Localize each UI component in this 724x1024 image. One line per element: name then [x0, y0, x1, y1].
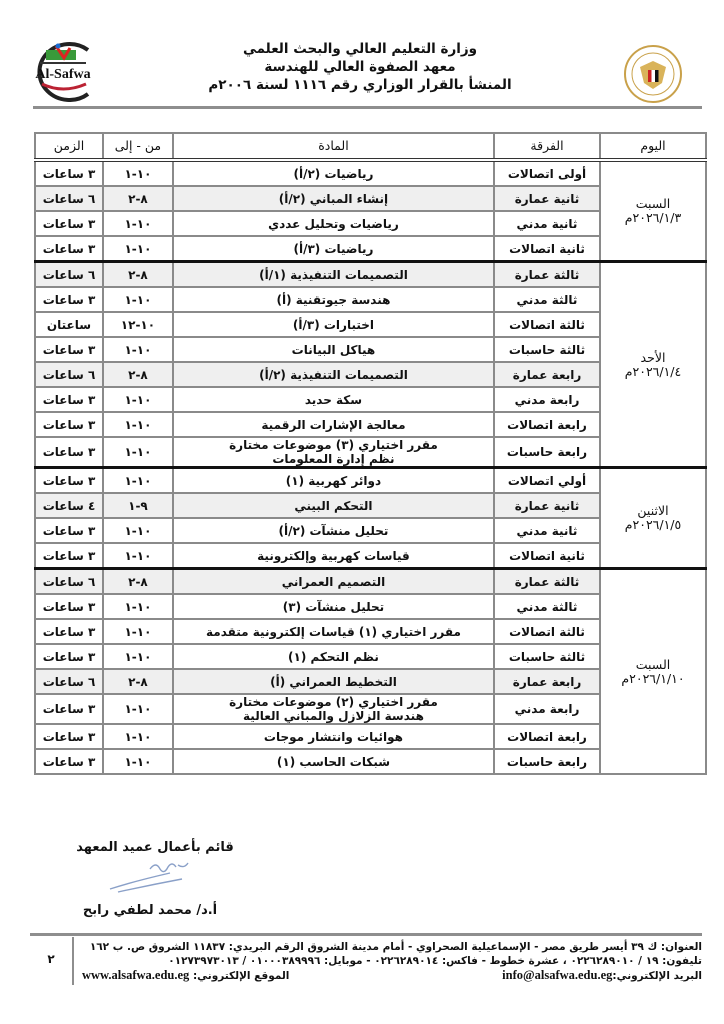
- ministry-name: وزارة التعليم العالي والبحث العلمي: [150, 40, 570, 58]
- subject-cell: رياضيات (٣/أ): [173, 236, 494, 262]
- subject-line: رياضيات (٣/أ): [178, 242, 489, 256]
- time-range-cell: ١٠-١: [103, 437, 173, 468]
- class-cell: رابعة حاسبات: [494, 437, 600, 468]
- signature-block: قائم بأعمال عميد المعهد أ.د/ محمد لطفي ر…: [60, 840, 240, 918]
- handwritten-signature: [60, 859, 240, 897]
- class-cell: ثانية مدني: [494, 518, 600, 543]
- duration-cell: ٦ ساعات: [35, 569, 103, 595]
- time-range-cell: ١٠-١: [103, 543, 173, 569]
- subject-line: تحليل منشآت (٣): [178, 600, 489, 614]
- ministry-eagle-logo: [622, 43, 684, 105]
- duration-cell: ٦ ساعات: [35, 362, 103, 387]
- time-range-cell: ١٠-١: [103, 594, 173, 619]
- subject-line: شبكات الحاسب (١): [178, 755, 489, 769]
- subject-cell: معالجة الإشارات الرقمية: [173, 412, 494, 437]
- class-cell: رابعة اتصالات: [494, 724, 600, 749]
- subject-cell: هوائيات وانتشار موجات: [173, 724, 494, 749]
- subject-cell: شبكات الحاسب (١): [173, 749, 494, 774]
- duration-cell: ٦ ساعات: [35, 669, 103, 694]
- footer-phones: تليفون: ١٩ / ٠٢٢٦٢٨٩٠١٠ ، عشرة خطوط - فا…: [82, 954, 702, 968]
- duration-cell: ٣ ساعات: [35, 468, 103, 494]
- footer-contact: العنوان: ك ٣٩ أيسر طريق مصر - الإسماعيلي…: [82, 940, 702, 983]
- day-name: السبت: [605, 197, 701, 211]
- institute-name: معهد الصفوة العالي للهندسة: [150, 58, 570, 76]
- signatory-name: أ.د/ محمد لطفي رابح: [60, 903, 240, 918]
- subject-cell: التصميم العمراني: [173, 569, 494, 595]
- time-range-cell: ٨-٢: [103, 186, 173, 211]
- time-range-cell: ٨-٢: [103, 669, 173, 694]
- exam-schedule-table: اليوم الفرقة المادة من - إلى الزمن السبت…: [34, 132, 707, 775]
- class-cell: رابعة اتصالات: [494, 412, 600, 437]
- subject-cell: مقرر اختياري (٢) موضوعات مختارةهندسة الز…: [173, 694, 494, 724]
- subject-cell: التخطيط العمراني (أ): [173, 669, 494, 694]
- subject-line: التخطيط العمراني (أ): [178, 675, 489, 689]
- class-cell: رابعة عمارة: [494, 362, 600, 387]
- duration-cell: ٣ ساعات: [35, 594, 103, 619]
- email-label: البريد الإلكتروني:: [612, 970, 702, 982]
- subject-line: اختبارات (٣/أ): [178, 318, 489, 332]
- letterhead-titles: وزارة التعليم العالي والبحث العلمي معهد …: [150, 40, 570, 94]
- duration-cell: ٣ ساعات: [35, 211, 103, 236]
- subject-line: التصميم العمراني: [178, 575, 489, 589]
- subject-cell: نظم التحكم (١): [173, 644, 494, 669]
- class-cell: ثالثة عمارة: [494, 569, 600, 595]
- subject-line: مقرر اختياري (١) قياسات إلكترونية متقدمة: [178, 625, 489, 639]
- day-cell: الاثنين٢٠٢٦/١/٥م: [600, 468, 706, 569]
- class-cell: ثانية عمارة: [494, 493, 600, 518]
- duration-cell: ٣ ساعات: [35, 518, 103, 543]
- class-cell: رابعة مدني: [494, 694, 600, 724]
- duration-cell: ٣ ساعات: [35, 694, 103, 724]
- class-cell: ثالثة اتصالات: [494, 312, 600, 337]
- class-cell: ثانية اتصالات: [494, 236, 600, 262]
- subject-line: تحليل منشآت (٢/أ): [178, 524, 489, 538]
- subject-line: سكة حديد: [178, 393, 489, 407]
- duration-cell: ٦ ساعات: [35, 186, 103, 211]
- day-date: ٢٠٢٦/١/٥م: [605, 518, 701, 532]
- subject-cell: اختبارات (٣/أ): [173, 312, 494, 337]
- table-header-row: اليوم الفرقة المادة من - إلى الزمن: [35, 133, 706, 160]
- subject-cell: التصميمات التنفيذية (٢/أ): [173, 362, 494, 387]
- time-range-cell: ٨-٢: [103, 362, 173, 387]
- subject-line: التصميمات التنفيذية (١/أ): [178, 268, 489, 282]
- subject-cell: رياضيات وتحليل عددي: [173, 211, 494, 236]
- class-cell: رابعة مدني: [494, 387, 600, 412]
- footer-website-group: الموقع الإلكتروني: www.alsafwa.edu.eg: [82, 968, 289, 983]
- class-cell: ثالثة مدني: [494, 287, 600, 312]
- class-cell: ثالثة اتصالات: [494, 619, 600, 644]
- subject-cell: مقرر اختياري (٣) موضوعات مختارةنظم إدارة…: [173, 437, 494, 468]
- subject-line: نظم التحكم (١): [178, 650, 489, 664]
- subject-cell: التصميمات التنفيذية (١/أ): [173, 262, 494, 288]
- column-header-duration: الزمن: [35, 133, 103, 160]
- time-range-cell: ١٠-١: [103, 387, 173, 412]
- table-row: السبت٢٠٢٦/١/١٠مثالثة عمارةالتصميم العمرا…: [35, 569, 706, 595]
- duration-cell: ٣ ساعات: [35, 287, 103, 312]
- time-range-cell: ١٠-١: [103, 619, 173, 644]
- footer-vertical-divider: [72, 937, 74, 985]
- subject-line: معالجة الإشارات الرقمية: [178, 418, 489, 432]
- duration-cell: ٣ ساعات: [35, 387, 103, 412]
- subject-line: إنشاء المباني (٢/أ): [178, 192, 489, 206]
- time-range-cell: ٨-٢: [103, 262, 173, 288]
- time-range-cell: ١٠-١: [103, 337, 173, 362]
- time-range-cell: ١٠-١: [103, 749, 173, 774]
- duration-cell: ٣ ساعات: [35, 337, 103, 362]
- column-header-subject: المادة: [173, 133, 494, 160]
- class-cell: ثالثة حاسبات: [494, 644, 600, 669]
- time-range-cell: ٩-١: [103, 493, 173, 518]
- class-cell: رابعة حاسبات: [494, 749, 600, 774]
- footer-email-group: البريد الإلكتروني:info@alsafwa.edu.eg: [502, 968, 702, 983]
- day-cell: السبت٢٠٢٦/١/٣م: [600, 160, 706, 262]
- class-cell: رابعة عمارة: [494, 669, 600, 694]
- day-date: ٢٠٢٦/١/٣م: [605, 211, 701, 225]
- duration-cell: ٣ ساعات: [35, 749, 103, 774]
- subject-cell: هياكل البيانات: [173, 337, 494, 362]
- class-cell: أولى اتصالات: [494, 160, 600, 186]
- duration-cell: ٣ ساعات: [35, 160, 103, 186]
- footer-online: البريد الإلكتروني:info@alsafwa.edu.eg ال…: [82, 968, 702, 983]
- subject-cell: التحكم البيني: [173, 493, 494, 518]
- duration-cell: ٣ ساعات: [35, 724, 103, 749]
- duration-cell: ٣ ساعات: [35, 644, 103, 669]
- table-row: الاثنين٢٠٢٦/١/٥مأولي اتصالاتدوائر كهربية…: [35, 468, 706, 494]
- header-divider: [33, 106, 702, 109]
- table-row: السبت٢٠٢٦/١/٣مأولى اتصالاترياضيات (٢/أ)١…: [35, 160, 706, 186]
- signature-title: قائم بأعمال عميد المعهد: [70, 840, 240, 855]
- class-cell: ثانية مدني: [494, 211, 600, 236]
- duration-cell: ٣ ساعات: [35, 437, 103, 468]
- class-cell: ثالثة عمارة: [494, 262, 600, 288]
- time-range-cell: ١٠-١: [103, 644, 173, 669]
- duration-cell: ٣ ساعات: [35, 619, 103, 644]
- time-range-cell: ١٠-١: [103, 412, 173, 437]
- footer-address: العنوان: ك ٣٩ أيسر طريق مصر - الإسماعيلي…: [82, 940, 702, 954]
- day-name: السبت: [605, 658, 701, 672]
- subject-line: التحكم البيني: [178, 499, 489, 513]
- duration-cell: ٣ ساعات: [35, 412, 103, 437]
- letterhead: Al-Safwa وزارة التعليم العالي والبحث الع…: [0, 0, 724, 112]
- time-range-cell: ١٠-١: [103, 518, 173, 543]
- al-safwa-logo: Al-Safwa: [30, 40, 100, 102]
- duration-cell: ٣ ساعات: [35, 543, 103, 569]
- time-range-cell: ١٠-١: [103, 694, 173, 724]
- subject-line: دوائر كهربية (١): [178, 474, 489, 488]
- day-cell: الأحد٢٠٢٦/١/٤م: [600, 262, 706, 468]
- class-cell: ثالثة مدني: [494, 594, 600, 619]
- subject-line: هوائيات وانتشار موجات: [178, 730, 489, 744]
- time-range-cell: ١٠-١: [103, 468, 173, 494]
- exam-schedule-page: Al-Safwa وزارة التعليم العالي والبحث الع…: [0, 0, 724, 1024]
- class-cell: ثانية عمارة: [494, 186, 600, 211]
- duration-cell: ٣ ساعات: [35, 236, 103, 262]
- subject-line: هياكل البيانات: [178, 343, 489, 357]
- subject-cell: دوائر كهربية (١): [173, 468, 494, 494]
- duration-cell: ٦ ساعات: [35, 262, 103, 288]
- footer-divider: [30, 933, 702, 936]
- duration-cell: ساعتان: [35, 312, 103, 337]
- column-header-range: من - إلى: [103, 133, 173, 160]
- column-header-class: الفرقة: [494, 133, 600, 160]
- time-range-cell: ١٠-١: [103, 236, 173, 262]
- day-date: ٢٠٢٦/١/٤م: [605, 365, 701, 379]
- day-date: ٢٠٢٦/١/١٠م: [605, 672, 701, 686]
- time-range-cell: ١٠-١: [103, 287, 173, 312]
- page-number: ٢: [36, 952, 66, 966]
- subject-line-2: نظم إدارة المعلومات: [178, 452, 489, 466]
- subject-line: مقرر اختياري (٣) موضوعات مختارة: [178, 438, 489, 452]
- subject-line: قياسات كهربية وإلكترونية: [178, 549, 489, 563]
- subject-line: مقرر اختياري (٢) موضوعات مختارة: [178, 695, 489, 709]
- subject-cell: هندسة جيوتقنية (أ): [173, 287, 494, 312]
- subject-line-2: هندسة الزلازل والمباني العالية: [178, 709, 489, 723]
- decree-line: المنشأ بالقرار الوزاري رقم ١١١٦ لسنة ٢٠٠…: [150, 76, 570, 94]
- day-cell: السبت٢٠٢٦/١/١٠م: [600, 569, 706, 775]
- table-body: السبت٢٠٢٦/١/٣مأولى اتصالاترياضيات (٢/أ)١…: [35, 160, 706, 774]
- time-range-cell: ٨-٢: [103, 569, 173, 595]
- time-range-cell: ١٠-١: [103, 211, 173, 236]
- subject-cell: تحليل منشآت (٣): [173, 594, 494, 619]
- time-range-cell: ١٠-١: [103, 724, 173, 749]
- day-name: الأحد: [605, 351, 701, 365]
- svg-text:Al-Safwa: Al-Safwa: [35, 67, 90, 82]
- subject-line: رياضيات (٢/أ): [178, 167, 489, 181]
- column-header-day: اليوم: [600, 133, 706, 160]
- class-cell: ثانية اتصالات: [494, 543, 600, 569]
- website-label: الموقع الإلكتروني:: [193, 970, 289, 982]
- website-link[interactable]: www.alsafwa.edu.eg: [82, 968, 189, 982]
- subject-line: رياضيات وتحليل عددي: [178, 217, 489, 231]
- time-range-cell: ١٠-١: [103, 160, 173, 186]
- time-range-cell: ١٠-١٢: [103, 312, 173, 337]
- duration-cell: ٤ ساعات: [35, 493, 103, 518]
- subject-line: هندسة جيوتقنية (أ): [178, 293, 489, 307]
- subject-cell: قياسات كهربية وإلكترونية: [173, 543, 494, 569]
- class-cell: أولي اتصالات: [494, 468, 600, 494]
- subject-cell: رياضيات (٢/أ): [173, 160, 494, 186]
- subject-line: التصميمات التنفيذية (٢/أ): [178, 368, 489, 382]
- table-row: الأحد٢٠٢٦/١/٤مثالثة عمارةالتصميمات التنف…: [35, 262, 706, 288]
- subject-cell: تحليل منشآت (٢/أ): [173, 518, 494, 543]
- email-link[interactable]: info@alsafwa.edu.eg: [502, 968, 612, 982]
- subject-cell: مقرر اختياري (١) قياسات إلكترونية متقدمة: [173, 619, 494, 644]
- class-cell: ثالثة حاسبات: [494, 337, 600, 362]
- subject-cell: إنشاء المباني (٢/أ): [173, 186, 494, 211]
- day-name: الاثنين: [605, 504, 701, 518]
- subject-cell: سكة حديد: [173, 387, 494, 412]
